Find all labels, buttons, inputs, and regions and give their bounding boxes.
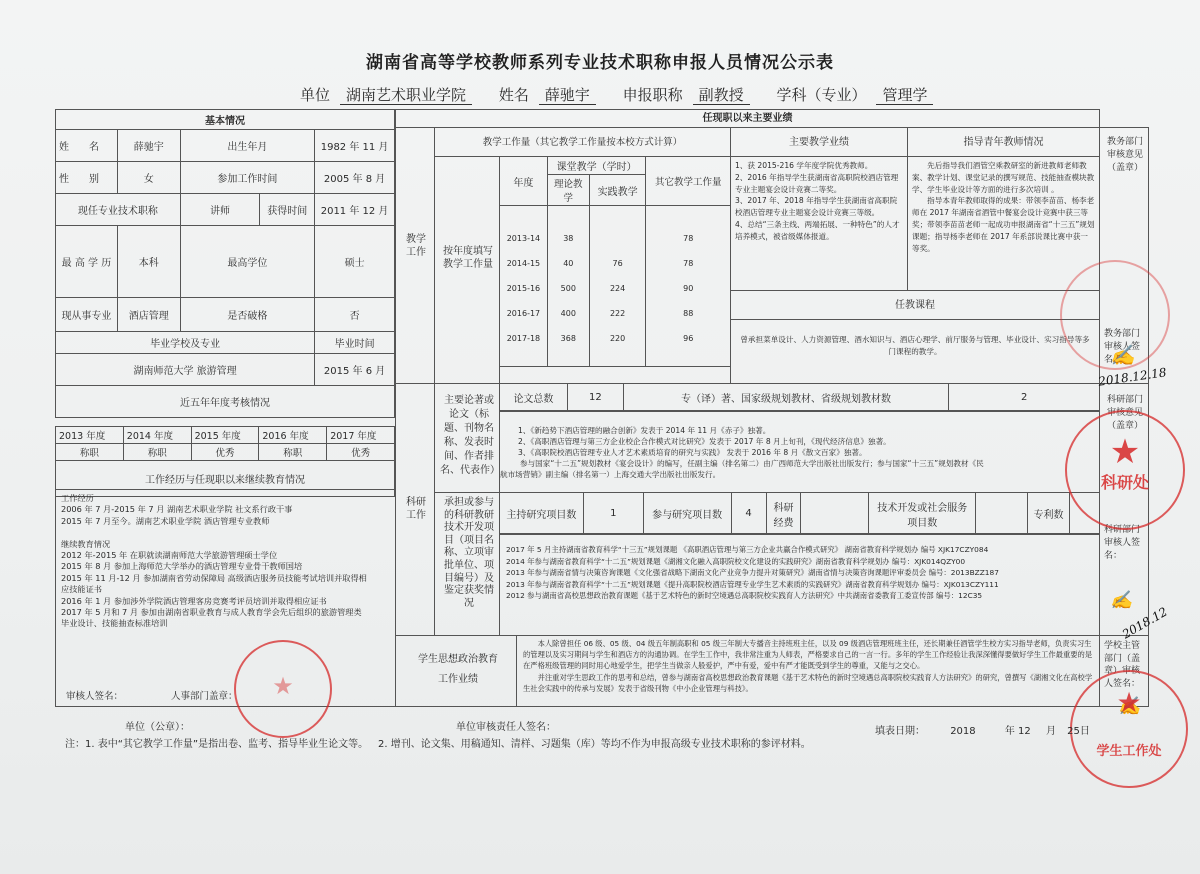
- research-stamp: ★ 科研处: [1065, 410, 1185, 530]
- experience-line: 毕业设计、技能抽查标准培训: [61, 618, 367, 629]
- experience-line: 2015 年 8 月 参加上海师范大学举办的酒店管理专业骨干教师国培: [61, 561, 367, 572]
- fill-date-label: 填表日期：: [875, 726, 925, 737]
- birth-value: 1982 年 11 月: [315, 130, 395, 162]
- row-theory: 40: [547, 251, 589, 276]
- workload-row: 2016-1740022288: [500, 301, 731, 326]
- empty-cell: [500, 206, 548, 226]
- gender-label: 性 别: [56, 162, 118, 194]
- workload-spacer: [500, 206, 731, 226]
- empty-cell: [589, 206, 646, 226]
- title-value: 副教授: [693, 86, 750, 105]
- assessment-result: 称职: [259, 444, 327, 461]
- paper-line: 1、《新趋势下酒店管理的融合创新》发表于 2014 年 11 月《赤子》独著。: [508, 425, 984, 436]
- obtained-value: 2011 年 12 月: [315, 194, 395, 226]
- assessment-year: 2017 年度: [327, 427, 395, 444]
- empty-cell: [500, 351, 548, 367]
- project-line: 2017 年 5 月主持湖南省教育科学“十三五”规划课题 《高职酒店管理与第三方…: [506, 544, 999, 556]
- performance-section-title: 任现职以来主要业绩: [395, 109, 1100, 128]
- row-year: 2013-14: [500, 226, 548, 251]
- workload-row: 2017-1836822096: [500, 326, 731, 351]
- project-line: 2012 参与湖南省高校思想政治教育课题《基于艺术特色的新时空境遇总高职院校实践…: [506, 590, 999, 602]
- unit-seal-label: 单位（公章）：: [125, 718, 190, 733]
- projects-box: 2017 年 5 月主持湖南省教育科学“十三五”规划课题 《高职酒店管理与第三方…: [499, 533, 1100, 636]
- col-practice: 实践教学: [589, 175, 646, 206]
- document-title: 湖南省高等学校教师系列专业技术职称申报人员情况公示表: [0, 48, 1200, 73]
- empty-cell: [646, 351, 731, 367]
- title-label: 申报职称: [623, 86, 683, 104]
- workload-row: 2015-1650022490: [500, 276, 731, 301]
- current-title-label: 现任专业技术职称: [56, 194, 181, 226]
- name-field-value: 薛驰宇: [117, 130, 180, 162]
- paper-line: 航市场营销》副主编（排名第一）上海交通大学出版社出版发行。: [500, 469, 984, 480]
- name-label: 姓名: [499, 86, 529, 104]
- note-1: 注：1. 表中“其它教学工作量”是指出卷、监考、指导毕业生论文等。: [65, 735, 368, 750]
- paper-line: 参与国家“十二五”规划教材《宴会设计》的编写，任副主编（排名第二）由广西师范大学…: [508, 458, 984, 469]
- row-theory: 368: [547, 326, 589, 351]
- experience-line: 2006 年 7 月-2015 年 7 月 湖南艺术职业学院 社文系行政干事: [61, 504, 367, 515]
- work-start-label: 参加工作时间: [180, 162, 315, 194]
- work-start-value: 2005 年 8 月: [315, 162, 395, 194]
- fill-day: 25: [1067, 726, 1080, 737]
- funding-value: [801, 493, 869, 535]
- project-line: 2014 年参与湖南省教育科学“十二五”规划课题《湖湘文化融入高职院校文化建设的…: [506, 556, 999, 568]
- experience-line: 2015 年 7 月至今。湖南艺术职业学院 酒店管理专业教师: [61, 516, 367, 527]
- row-practice: 220: [589, 326, 646, 351]
- education-value: 本科: [117, 226, 180, 298]
- degree-value: 硕士: [315, 226, 395, 298]
- books-label: 专（译）著、国家级规划教材、省级规划教材数: [623, 384, 948, 412]
- mentoring-title: 指导青年教师情况: [907, 127, 1100, 157]
- school-label: 毕业学校及专业: [56, 332, 315, 354]
- projects-side-label: 承担或参与的科研教研技术开发项目（项目名称、立项审批单位、项目编号）及鉴定获奖情…: [440, 497, 498, 610]
- name-value: 薛驰宇: [539, 86, 596, 105]
- day-unit: 日: [1080, 726, 1090, 737]
- assessment-year: 2016 年度: [259, 427, 327, 444]
- papers-side-label: 主要论著或论文（标题、刊物名称、发表时间、作者排名、代表作）: [440, 394, 498, 478]
- research-stamp-text: 科研处: [1067, 470, 1183, 493]
- academic-opinion: 教务部门审核意见（盖章）: [1104, 136, 1146, 175]
- papers-count-label: 论文总数: [500, 384, 568, 412]
- row-year: 2014-15: [500, 251, 548, 276]
- host-projects: 1: [583, 493, 643, 535]
- star-icon: ★: [1067, 434, 1183, 470]
- col-other: 其它教学工作量: [646, 157, 731, 206]
- teaching-label-cell: 教学工作: [395, 127, 435, 384]
- assessment-year: 2013 年度: [56, 427, 124, 444]
- research-label: 科研工作: [403, 496, 429, 522]
- assessment-table: 2013 年度2014 年度2015 年度2016 年度2017 年度 称职称职…: [55, 426, 395, 497]
- achievements-text: 1、获 2015-216 学年度学院优秀教师。 2、2016 年指导学生获湖南省…: [730, 156, 908, 291]
- assessment-result: 称职: [56, 444, 124, 461]
- empty-cell: [547, 206, 589, 226]
- workload-spacer: [500, 351, 731, 367]
- assessment-title: 近五年年度考核情况: [56, 386, 395, 418]
- fill-date: 填表日期： 2018 年 12 月 25日: [875, 722, 1090, 737]
- ideology-label-cell: 学生思想政治教育工作业绩: [395, 635, 517, 707]
- obtained-label: 获得时间: [260, 194, 315, 226]
- mentoring-text: 先后指导我们酒管空乘教研室的新进教师老师教案、教学计划、课堂记录的撰写规范、技能…: [907, 156, 1100, 291]
- row-practice: [589, 226, 646, 251]
- hr-stamp: ★: [234, 640, 332, 738]
- achievements-title: 主要教学业绩: [730, 127, 908, 157]
- row-practice: 222: [589, 301, 646, 326]
- current-title-value: 讲师: [180, 194, 260, 226]
- papers-side-cell: 主要论著或论文（标题、刊物名称、发表时间、作者排名、代表作）: [434, 383, 500, 493]
- join-projects: 4: [731, 493, 766, 535]
- workload-side-cell: 按年度填写教学工作量: [434, 156, 500, 384]
- research-label-cell: 科研工作: [395, 383, 435, 636]
- workload-table: 年度 课堂教学（学时） 其它教学工作量 理论教学 实践教学 2013-14387…: [499, 156, 731, 367]
- fill-year: 2018: [950, 726, 975, 737]
- experience-line: 继续教育情况: [61, 539, 367, 550]
- row-other: 78: [646, 226, 731, 251]
- assessment-year: 2014 年度: [123, 427, 191, 444]
- star-icon: ★: [1072, 688, 1186, 718]
- assessment-result: 称职: [123, 444, 191, 461]
- patent-label: 专利数: [1028, 493, 1070, 535]
- row-year: 2015-16: [500, 276, 548, 301]
- month-unit: 月: [1046, 726, 1056, 737]
- document-page: 湖南省高等学校教师系列专业技术职称申报人员情况公示表 单位湖南艺术职业学院 姓名…: [0, 0, 1200, 874]
- major-label: 现从事专业: [56, 298, 118, 332]
- assessment-result: 优秀: [327, 444, 395, 461]
- name-field-label: 姓 名: [56, 130, 118, 162]
- workload-row: 2014-15407678: [500, 251, 731, 276]
- row-theory: 38: [547, 226, 589, 251]
- experience-box: 工作经历2006 年 7 月-2015 年 7 月 湖南艺术职业学院 社文系行政…: [55, 489, 396, 707]
- row-theory: 500: [547, 276, 589, 301]
- star-icon: ★: [236, 672, 330, 700]
- paper-line: 2、《高职酒店管理与第三方企业校企合作模式对比研究》发表于 2017 年 8 月…: [508, 436, 984, 447]
- grad-time-value: 2015 年 6 月: [315, 354, 395, 386]
- empty-cell: [589, 351, 646, 367]
- row-other: 90: [646, 276, 731, 301]
- experience-line: 2015 年 11 月-12 月 参加湖南省劳动保障局 高级酒店服务员技能考试培…: [61, 573, 367, 584]
- projects-count-table: 主持研究项目数 1 参与研究项目数 4 科研经费 技术开发或社会服务项目数 专利…: [499, 492, 1100, 535]
- academic-stamp: [1060, 260, 1170, 370]
- major-value: 酒店管理: [117, 298, 180, 332]
- tech-label: 技术开发或社会服务项目数: [869, 493, 976, 535]
- papers-count: 12: [567, 384, 623, 412]
- row-practice: 224: [589, 276, 646, 301]
- ideology-label: 学生思想政治教育工作业绩: [418, 650, 498, 690]
- subject-value: 管理学: [876, 86, 933, 105]
- student-stamp-text: 学生工作处: [1072, 740, 1186, 759]
- workload-title: 教学工作量（其它教学工作量按本校方式计算）: [434, 127, 731, 157]
- projects-side-cell: 承担或参与的科研教研技术开发项目（项目名称、立项审批单位、项目编号）及鉴定获奖情…: [434, 492, 500, 636]
- ideology-text: 本人除曾担任 06 级、05 级、04 级五年制高职和 05 级三年制大专播音主…: [516, 635, 1100, 707]
- fill-month: 12: [1018, 726, 1031, 737]
- empty-cell: [646, 206, 731, 226]
- experience-line: 工作经历: [61, 493, 367, 504]
- courses-title: 任教课程: [730, 290, 1100, 320]
- school-value: 湖南师范大学 旅游管理: [56, 354, 315, 386]
- experience-line: 2012 年-2015 年 在职就读湖南师范大学旅游管理硕士学位: [61, 550, 367, 561]
- unit-signer-label: 单位审核责任人签名：: [456, 718, 556, 733]
- workload-side-label: 按年度填写教学工作量: [441, 245, 495, 271]
- papers-count-table: 论文总数 12 专（译）著、国家级规划教材、省级规划教材数 2: [499, 383, 1100, 412]
- teaching-label: 教学工作: [403, 233, 429, 259]
- experience-line: 2017 年 5 月和 7 月 参加由湖南省职业教育与成人教育学会先后组织的旅游…: [61, 607, 367, 618]
- grad-time-label: 毕业时间: [315, 332, 395, 354]
- education-label: 最 高 学 历: [56, 226, 118, 298]
- tech-value: [976, 493, 1028, 535]
- projects-lines: 2017 年 5 月主持湖南省教育科学“十三五”规划课题 《高职酒店管理与第三方…: [506, 544, 999, 602]
- project-line: 2013 年参与湖南省教育科学“十二五”规划课题《提升高职院校酒店管理专业学生艺…: [506, 579, 999, 591]
- col-class: 课堂教学（学时）: [547, 157, 646, 175]
- books-count: 2: [949, 384, 1100, 412]
- assessment-year: 2015 年度: [191, 427, 259, 444]
- row-theory: 400: [547, 301, 589, 326]
- col-theory: 理论教学: [547, 175, 589, 206]
- join-projects-label: 参与研究项目数: [643, 493, 731, 535]
- empty-cell: [547, 351, 589, 367]
- research-signature: ✍: [1110, 590, 1132, 611]
- row-other: 96: [646, 326, 731, 351]
- experience-line: [61, 527, 367, 538]
- unit-value: 湖南艺术职业学院: [340, 86, 472, 105]
- col-year: 年度: [500, 157, 548, 206]
- papers-box: 1、《新趋势下酒店管理的融合创新》发表于 2014 年 11 月《赤子》独著。2…: [499, 410, 1100, 493]
- row-practice: 76: [589, 251, 646, 276]
- row-year: 2017-18: [500, 326, 548, 351]
- hr-stamp-label: 人事部门盖章：: [171, 688, 238, 702]
- row-year: 2016-17: [500, 301, 548, 326]
- basic-info-table: 基本情况 姓 名 薛驰宇 出生年月 1982 年 11 月 性 别 女 参加工作…: [55, 109, 395, 418]
- subject-label: 学科（专业）: [776, 86, 866, 104]
- degree-label: 最高学位: [180, 226, 315, 298]
- exception-value: 否: [315, 298, 395, 332]
- experience-line: 应技能证书: [61, 584, 367, 595]
- applicant-header: 单位湖南艺术职业学院 姓名薛驰宇 申报职称副教授 学科（专业）管理学: [300, 84, 955, 105]
- workload-row: 2013-143878: [500, 226, 731, 251]
- experience-lines: 工作经历2006 年 7 月-2015 年 7 月 湖南艺术职业学院 社文系行政…: [61, 493, 367, 630]
- gender-value: 女: [117, 162, 180, 194]
- paper-line: 3、《高职院校酒店管理专业人才艺术素质培育的研究与实践》 发表于 2016 年 …: [508, 447, 984, 458]
- row-other: 78: [646, 251, 731, 276]
- courses-text: 曾承担菜单设计、人力资源管理、酒水知识与、酒店心理学、前厅服务与管理、毕业设计、…: [730, 319, 1100, 384]
- host-projects-label: 主持研究项目数: [500, 493, 584, 535]
- project-line: 2013 年参与湖南省情与决策咨询课题《文化强省战略下湖南文化产业竞争力提升对策…: [506, 567, 999, 579]
- exception-label: 是否破格: [180, 298, 315, 332]
- unit-label: 单位: [300, 86, 330, 104]
- note-2: 2. 增刊、论文集、用稿通知、清样、习题集（库）等均不作为申报高级专业技术职称的…: [378, 735, 811, 750]
- reviewer-sign-label: 审核人签名：: [66, 688, 123, 702]
- papers-lines: 1、《新趋势下酒店管理的融合创新》发表于 2014 年 11 月《赤子》独著。2…: [508, 425, 984, 480]
- funding-label: 科研经费: [766, 493, 801, 535]
- row-other: 88: [646, 301, 731, 326]
- birth-label: 出生年月: [180, 130, 315, 162]
- experience-line: 2016 年 1 月 参加涉外学院酒店管理客房竞赛考评员培训并取得相应证书: [61, 596, 367, 607]
- assessment-result: 优秀: [191, 444, 259, 461]
- basic-section-title: 基本情况: [56, 110, 395, 130]
- year-unit: 年: [1005, 726, 1015, 737]
